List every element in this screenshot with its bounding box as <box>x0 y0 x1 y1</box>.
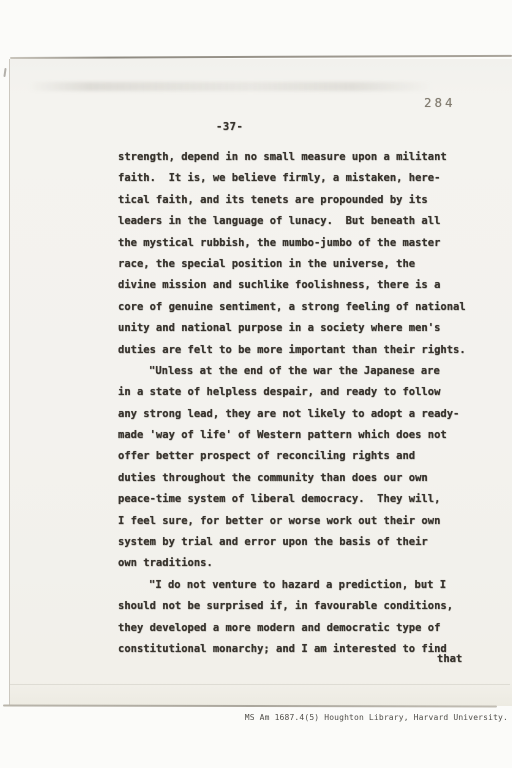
typed-line: offer better prospect of reconciling rig… <box>118 446 470 467</box>
typed-line: core of genuine sentiment, a strong feel… <box>118 297 470 318</box>
typed-line: the mystical rubbish, the mumbo-jumbo of… <box>118 233 470 254</box>
typed-line: tical faith, and its tenets are propound… <box>118 190 470 211</box>
page-number: -37- <box>216 121 243 133</box>
typed-line: they developed a more modern and democra… <box>118 618 470 639</box>
scanned-document-page: 284 -37- strength, depend in no small me… <box>0 0 512 768</box>
typed-line: "I do not venture to hazard a prediction… <box>118 575 470 596</box>
typed-line: made 'way of life' of Western pattern wh… <box>118 425 470 446</box>
typed-line: leaders in the language of lunacy. But b… <box>118 211 470 232</box>
typed-line: unity and national purpose in a society … <box>118 318 470 339</box>
typed-line: any strong lead, they are not likely to … <box>118 404 470 425</box>
typed-line: system by trial and error upon the basis… <box>118 532 470 553</box>
scan-smudge <box>28 82 433 91</box>
typed-line: faith. It is, we believe firmly, a mista… <box>118 168 470 189</box>
paper-inner-bottom-edge <box>10 684 510 685</box>
typed-text: strength, depend in no small measure upo… <box>118 147 470 660</box>
library-caption: MS Am 1687.4(5) Houghton Library, Harvar… <box>245 713 508 722</box>
typed-line: peace-time system of liberal democracy. … <box>118 489 470 510</box>
typed-line: duties throughout the community than doe… <box>118 468 470 489</box>
typed-line: in a state of helpless despair, and read… <box>118 382 470 403</box>
typed-line: strength, depend in no small measure upo… <box>118 147 470 168</box>
scan-artifact-mark <box>3 68 6 77</box>
typed-line: "Unless at the end of the war the Japane… <box>118 361 470 382</box>
folio-number: 284 <box>424 95 456 110</box>
catchword: that <box>437 653 462 666</box>
typed-line: own traditions. <box>118 553 470 574</box>
typed-line: race, the special position in the univer… <box>118 254 470 275</box>
typed-line: should not be surprised if, in favourabl… <box>118 596 470 617</box>
typed-line: constitutional monarchy; and I am intere… <box>118 639 470 660</box>
typed-line: I feel sure, for better or worse work ou… <box>118 511 470 532</box>
paper-bottom-edge <box>3 704 497 707</box>
typed-line: duties are felt to be more important tha… <box>118 340 470 361</box>
typed-line: divine mission and suchlike foolishness,… <box>118 275 470 296</box>
